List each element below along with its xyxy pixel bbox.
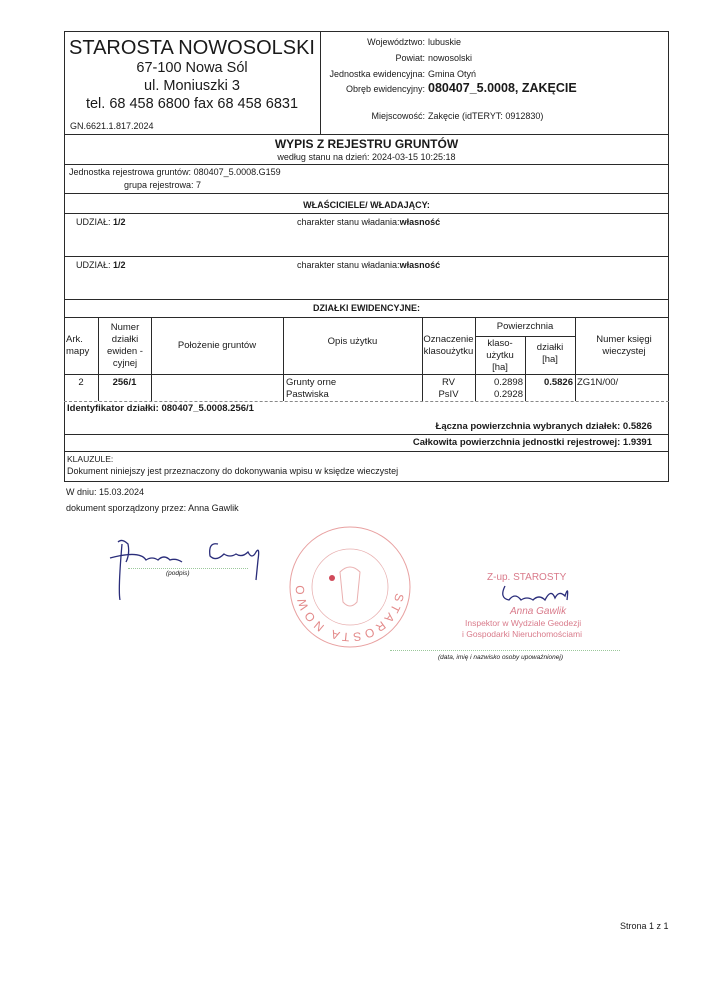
col-line bbox=[575, 317, 576, 401]
office-phone: tel. 68 458 6800 fax 68 458 6831 bbox=[64, 96, 320, 112]
location-value-county: nowosolski bbox=[428, 53, 472, 63]
cell-opis-1: Grunty orne bbox=[286, 377, 336, 388]
signature-scribble bbox=[100, 530, 280, 600]
divider bbox=[64, 164, 669, 165]
document-subtitle: według stanu na dzień: 2024-03-15 10:25:… bbox=[64, 152, 669, 162]
register-unit-line2: grupa rejestrowa: 7 bbox=[124, 180, 201, 190]
owner-share-value: 1/2 bbox=[113, 260, 126, 270]
register-unit-line1: Jednostka rejestrowa gruntów: 080407_5.0… bbox=[69, 167, 281, 177]
owner-share: UDZIAŁ: 1/2 bbox=[76, 217, 126, 227]
col-header-dzialki: działki [ha] bbox=[530, 337, 570, 371]
authorized-caption: (data, imię i nazwisko osoby upoważnione… bbox=[438, 654, 563, 661]
location-value-locality: Zakęcie (idTERYT: 0912830) bbox=[428, 111, 543, 121]
owner-share-value: 1/2 bbox=[113, 217, 126, 227]
divider bbox=[64, 256, 669, 257]
location-label-voivodeship: Województwo: bbox=[320, 37, 425, 47]
col-header-numer: Numer działki ewiden -cyjnej bbox=[102, 318, 148, 374]
prepared-by: dokument sporządzony przez: Anna Gawlik bbox=[66, 503, 239, 513]
ownership-type-label: charakter stanu władania: bbox=[297, 260, 400, 270]
owner-share-label: UDZIAŁ: bbox=[76, 260, 111, 270]
clauses-text: Dokument niniejszy jest przeznaczony do … bbox=[67, 466, 398, 476]
location-value-precinct: 080407_5.0008, ZAKĘCIE bbox=[428, 81, 577, 95]
cell-klaso-1: 0.2898 bbox=[475, 377, 523, 388]
ownership-type-value: własność bbox=[400, 260, 441, 270]
owner-share: UDZIAŁ: 1/2 bbox=[76, 260, 126, 270]
owner-ownership-type: charakter stanu władania:własność bbox=[297, 260, 440, 270]
owners-heading: WŁAŚCICIELE/ WŁADAJĄCY: bbox=[64, 200, 669, 210]
col-line bbox=[525, 336, 526, 401]
cell-opis-2: Pastwiska bbox=[286, 389, 329, 400]
issue-date: W dniu: 15.03.2024 bbox=[66, 487, 144, 497]
location-value-unit: Gmina Otyń bbox=[428, 69, 476, 79]
row-separator bbox=[64, 401, 669, 402]
parcels-heading: DZIAŁKI EWIDENCYJNE: bbox=[64, 303, 669, 313]
col-header-klaso: klaso- użytku [ha] bbox=[483, 337, 517, 374]
location-label-county: Powiat: bbox=[320, 53, 425, 63]
signature-caption: (podpis) bbox=[166, 570, 189, 577]
document-title: WYPIS Z REJESTRU GRUNTÓW bbox=[64, 137, 669, 151]
stamp-line-3: Inspektor w Wydziale Geodezji bbox=[465, 618, 581, 628]
page-number: Strona 1 z 1 bbox=[620, 921, 669, 931]
col-header-ksiega: Numer księgi wieczystej bbox=[580, 318, 668, 374]
cell-oznaczenie-1: RV bbox=[422, 377, 475, 388]
divider bbox=[64, 213, 669, 214]
divider bbox=[64, 451, 669, 452]
office-address-1: 67-100 Nowa Sól bbox=[64, 60, 320, 76]
clauses-heading: KLAUZULE: bbox=[67, 454, 113, 464]
location-label-unit: Jednostka ewidencyjna: bbox=[320, 69, 425, 79]
divider bbox=[64, 434, 669, 435]
divider bbox=[64, 374, 669, 375]
total-unit-area: Całkowita powierzchnia jednostki rejestr… bbox=[64, 437, 652, 448]
cell-oznaczenie-2: PsIV bbox=[422, 389, 475, 400]
case-number: GN.6621.1.817.2024 bbox=[70, 121, 154, 131]
signature-line bbox=[128, 568, 248, 569]
owner-ownership-type: charakter stanu władania:własność bbox=[297, 217, 440, 227]
ownership-type-value: własność bbox=[400, 217, 441, 227]
cell-numer: 256/1 bbox=[98, 377, 151, 388]
cell-klaso-2: 0.2928 bbox=[475, 389, 523, 400]
cell-dzialki: 0.5826 bbox=[525, 377, 573, 388]
location-value-voivodeship: lubuskie bbox=[428, 37, 461, 47]
total-selected-area: Łączna powierzchnia wybranych działek: 0… bbox=[64, 421, 652, 432]
stamp-line-4: i Gospodarki Nieruchomościami bbox=[462, 629, 582, 639]
col-header-ark: Ark. mapy bbox=[66, 326, 96, 366]
col-line bbox=[98, 317, 99, 401]
official-round-stamp: STAROSTA NOWOSOLSKI bbox=[285, 522, 415, 652]
cell-ark: 2 bbox=[64, 377, 98, 388]
parcel-identifier: Identyfikator działki: 080407_5.0008.256… bbox=[67, 403, 254, 414]
divider bbox=[64, 299, 669, 300]
location-label-precinct: Obręb ewidencyjny: bbox=[320, 84, 425, 94]
office-address-2: ul. Moniuszki 3 bbox=[64, 78, 320, 94]
stamp-name: Anna Gawlik bbox=[510, 606, 566, 617]
cell-ksiega: ZG1N/00/ bbox=[577, 377, 618, 388]
ownership-type-label: charakter stanu władania: bbox=[297, 217, 400, 227]
divider bbox=[64, 193, 669, 194]
col-header-powierzchnia: Powierzchnia bbox=[475, 318, 575, 336]
col-header-oznaczenie: Oznaczenie klasoużytku bbox=[422, 318, 475, 374]
office-name: STAROSTA NOWOSOLSKI bbox=[64, 37, 320, 60]
col-header-opis: Opis użytku bbox=[283, 318, 422, 366]
location-label-locality: Miejscowość: bbox=[320, 111, 425, 121]
owner-share-label: UDZIAŁ: bbox=[76, 217, 111, 227]
col-header-polozenie: Położenie gruntów bbox=[151, 318, 283, 374]
authorized-line bbox=[390, 650, 620, 651]
